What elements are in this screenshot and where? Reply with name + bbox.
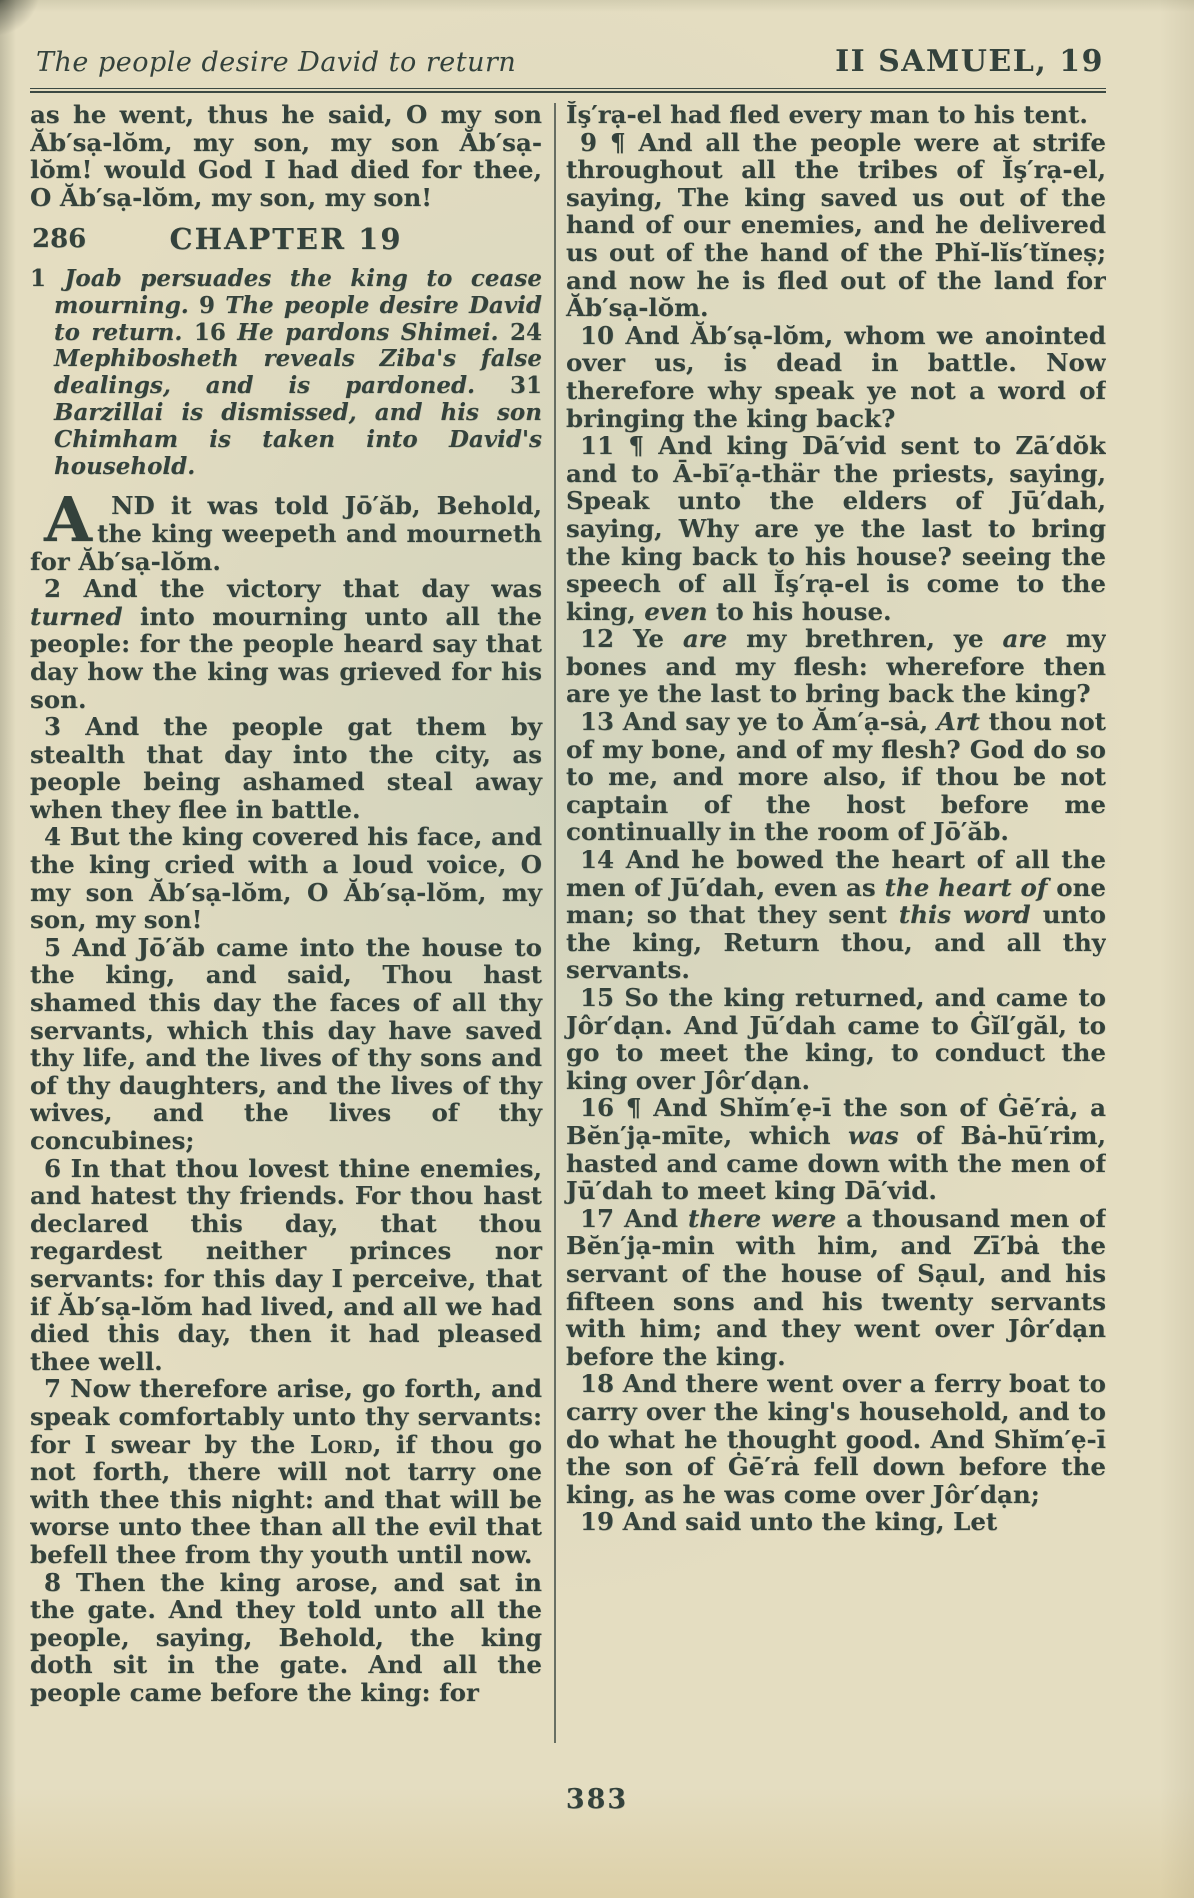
- page-number: 383: [0, 1784, 1194, 1815]
- italic-word: even: [644, 597, 707, 626]
- page-body: as he went, thus he said, O my son Ăb′sạ…: [30, 101, 1106, 1769]
- continuation-paragraph: Ĭş′rạ-el had fled every man to his tent.: [566, 101, 1106, 129]
- verse-paragraph: 3 And the people gat them by stealth tha…: [30, 713, 542, 823]
- summary-verse-number: 1: [30, 265, 65, 292]
- summary-verse-number: 9: [199, 292, 225, 319]
- verse-paragraph: 17 And there were a thousand men of Bĕn′…: [566, 1205, 1106, 1371]
- column-divider: [554, 103, 556, 1743]
- italic-word: are: [1003, 624, 1047, 653]
- verse-paragraph: 9 ¶ And all the people were at strife th…: [566, 129, 1106, 322]
- verse-paragraph: 19 And said unto the king, Let: [566, 1508, 1106, 1536]
- drop-cap-initial: A: [30, 492, 92, 545]
- verse-paragraph: 13 And say ye to Ăm′ạ-sȧ, Art thou not o…: [566, 708, 1106, 846]
- summary-verse-number: 31: [510, 372, 542, 399]
- italic-word: turned: [30, 602, 123, 631]
- italic-word: there were: [688, 1204, 836, 1233]
- running-head: The people desire David to return II SAM…: [30, 44, 1106, 79]
- small-caps-word: Lord: [310, 1430, 373, 1459]
- running-head-book-chapter: II SAMUEL, 19: [835, 44, 1104, 79]
- running-head-title: The people desire David to return: [36, 47, 516, 78]
- italic-word: this word: [899, 900, 1031, 929]
- continuation-paragraph: as he went, thus he said, O my son Ăb′sạ…: [30, 101, 542, 211]
- italic-word: the heart of: [885, 873, 1048, 902]
- verse-paragraph: 7 Now therefore arise, go forth, and spe…: [30, 1375, 542, 1568]
- verse-paragraph: 5 And Jō′ăb came into the house to the k…: [30, 934, 542, 1155]
- verse-paragraph: 11 ¶ And king Dā′vid sent to Zā′dŏk and …: [566, 432, 1106, 625]
- verse-paragraph: 18 And there went over a ferry boat to c…: [566, 1370, 1106, 1508]
- verse-paragraph: 14 And he bowed the heart of all the men…: [566, 846, 1106, 984]
- italic-word: Art: [937, 707, 980, 736]
- verse-paragraph: 15 So the king returned, and came to Jôr…: [566, 984, 1106, 1094]
- italic-word: was: [848, 1121, 899, 1150]
- italic-word: are: [683, 624, 727, 653]
- verse-paragraph: 10 And Ăb′sạ-lŏm, whom we anointed over …: [566, 322, 1106, 432]
- italic-word: He pardons Shimei.: [237, 319, 510, 346]
- bible-page: The people desire David to return II SAM…: [0, 0, 1194, 1898]
- italic-word: Barzillai is dismissed, and his son Chim…: [54, 399, 542, 480]
- header-rule: [30, 88, 1106, 93]
- verse-paragraph: AND it was told Jō′ăb, Behold, the king …: [30, 492, 542, 575]
- summary-verse-number: 16: [194, 319, 237, 346]
- verse-paragraph: 16 ¶ And Shĭm′ẹ-ī the son of Ġē′rȧ, a Bĕ…: [566, 1094, 1106, 1204]
- verse-paragraph: 8 Then the king arose, and sat in the ga…: [30, 1569, 542, 1707]
- column-reference-number: 286: [32, 226, 86, 254]
- right-column: Ĭş′rạ-el had fled every man to his tent.…: [566, 101, 1106, 1769]
- chapter-heading: 286CHAPTER 19: [30, 226, 542, 255]
- verse-paragraph: 6 In that thou lovest thine enemies, and…: [30, 1155, 542, 1376]
- verse-paragraph: 4 But the king covered his face, and the…: [30, 823, 542, 933]
- verse-paragraph: 12 Ye are my brethren, ye are my bones a…: [566, 625, 1106, 708]
- italic-word: Mephibosheth reveals Ziba's false dealin…: [54, 345, 542, 399]
- chapter-title: CHAPTER 19: [169, 222, 402, 256]
- left-column: as he went, thus he said, O my son Ăb′sạ…: [30, 101, 542, 1769]
- verse-paragraph: 2 And the victory that day was turned in…: [30, 575, 542, 713]
- chapter-summary: 1 Joab persuades the king to cease mourn…: [30, 266, 542, 480]
- summary-verse-number: 24: [510, 319, 542, 346]
